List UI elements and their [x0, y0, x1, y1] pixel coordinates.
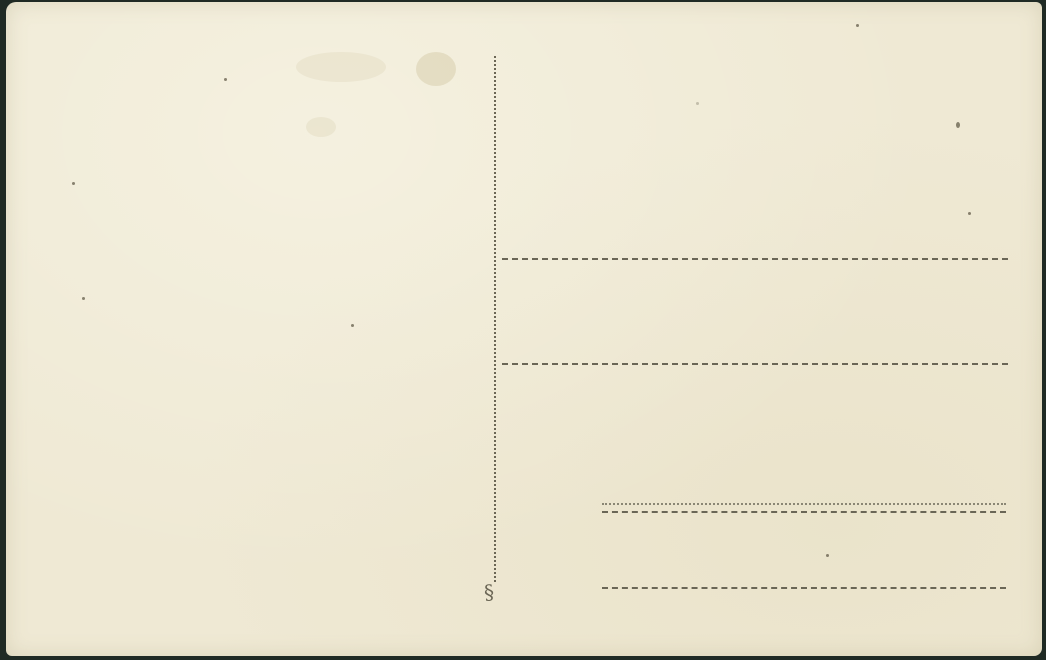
paper-speck: [224, 78, 227, 81]
paper-speck: [696, 102, 699, 105]
paper-speck: [82, 297, 85, 300]
address-line-4: [602, 587, 1006, 589]
divider-mark: §: [483, 580, 495, 605]
address-line-3: [602, 511, 1006, 513]
paper-speck: [826, 554, 829, 557]
address-line-2: [502, 363, 1008, 365]
paper-speck: [956, 122, 960, 128]
center-divider-line: [494, 56, 496, 582]
paper-speck: [968, 212, 971, 215]
address-line-3-dotted: [602, 503, 1006, 505]
paper-speck: [72, 182, 75, 185]
paper-speck: [351, 324, 354, 327]
paper-stain: [306, 117, 336, 137]
paper-stain: [416, 52, 456, 86]
postcard-back: §: [6, 2, 1042, 656]
paper-speck: [856, 24, 859, 27]
address-line-1: [502, 258, 1008, 260]
paper-stain: [296, 52, 386, 82]
